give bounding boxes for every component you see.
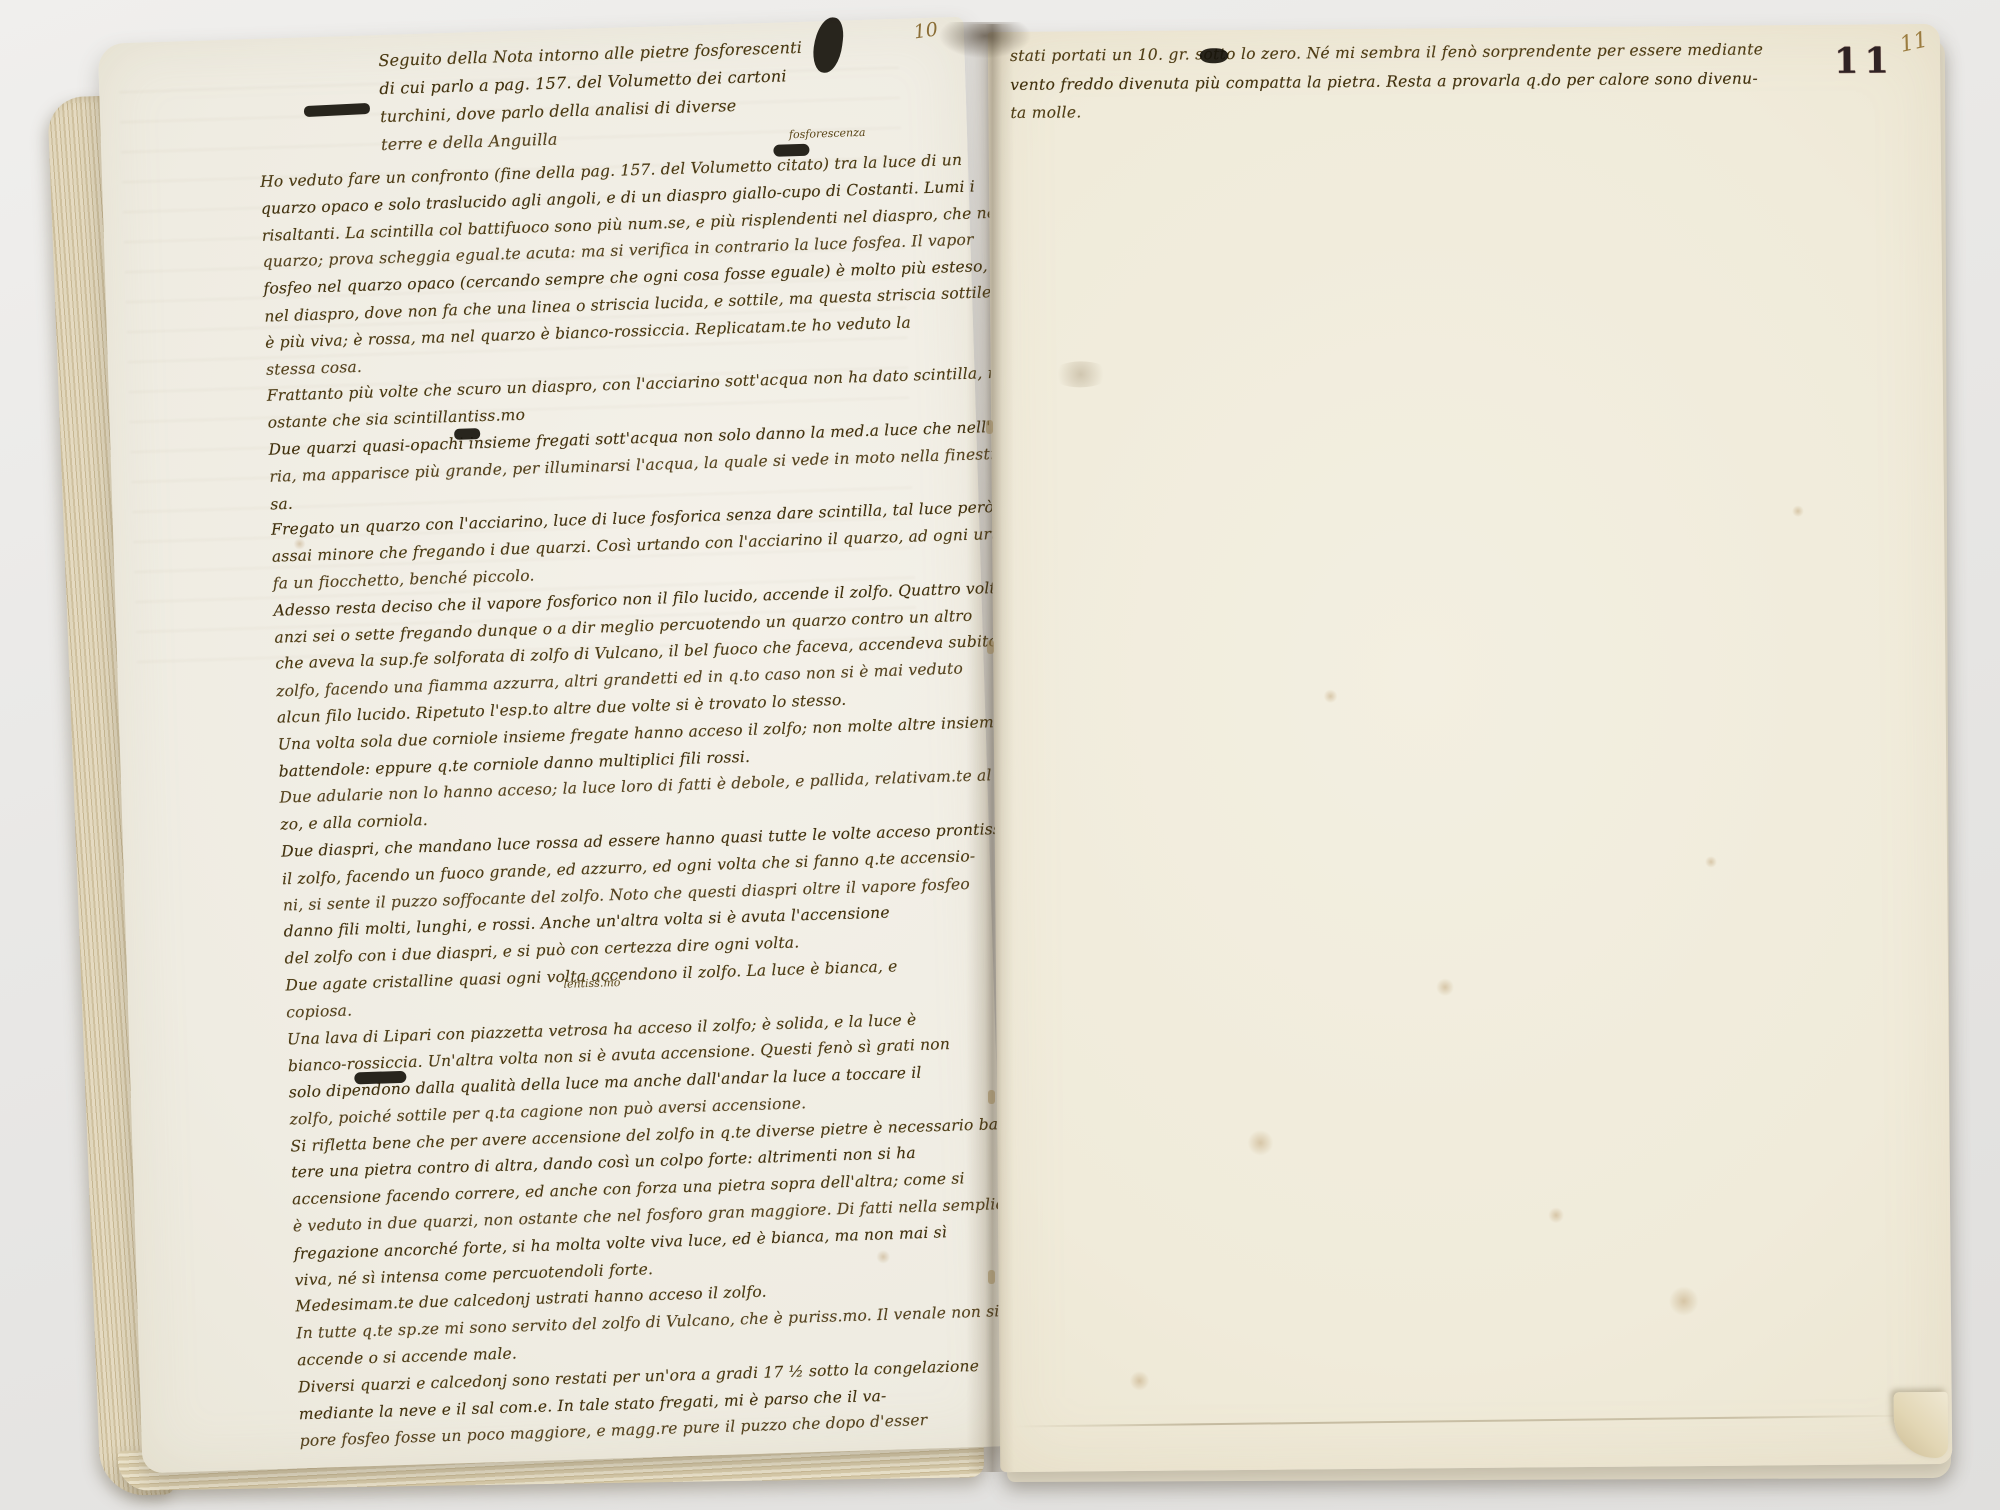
foxing-spot: [1129, 1371, 1149, 1391]
paper-smudge: [1051, 361, 1111, 388]
binding-stitch: [987, 640, 994, 654]
foxing-spot: [1705, 856, 1717, 868]
binding-stitch: [986, 420, 993, 434]
left-page-text: Seguito della Nota intorno alle pietre f…: [256, 29, 1000, 1455]
foxing-spot: [1247, 1130, 1273, 1156]
page-crease: [1014, 1415, 1914, 1428]
page-corner-curl: [1894, 1392, 1949, 1458]
ink-blot: [1200, 48, 1228, 63]
photo-background: 10 Seguito della Nota intorno alle pietr…: [0, 0, 2000, 1510]
foxing-spot: [1792, 505, 1804, 517]
left-page: 10 Seguito della Nota intorno alle pietr…: [98, 17, 1008, 1473]
ink-strikeout: [454, 428, 480, 440]
foxing-spot: [1436, 978, 1454, 996]
interline-insertion-note: lentiss.mo: [563, 976, 620, 991]
binding-stitch: [988, 1090, 995, 1104]
page-number-handwritten: 11: [1897, 27, 1930, 57]
right-page: 11 11 stati portati un 10. gr. sotto lo …: [988, 24, 1953, 1472]
header-block: Seguito della Nota intorno alle pietre f…: [378, 29, 959, 159]
binding-stitch: [988, 1270, 995, 1284]
ink-strikeout: [354, 1071, 406, 1085]
ink-strikeout: [773, 144, 809, 157]
right-page-text: stati portati un 10. gr. sotto lo zero. …: [1010, 34, 1891, 127]
interline-insertion-note: fosforescenza: [789, 126, 866, 141]
foxing-spot: [1548, 1207, 1564, 1223]
foxing-spot: [1323, 689, 1337, 703]
foxing-spot: [1669, 1286, 1699, 1316]
